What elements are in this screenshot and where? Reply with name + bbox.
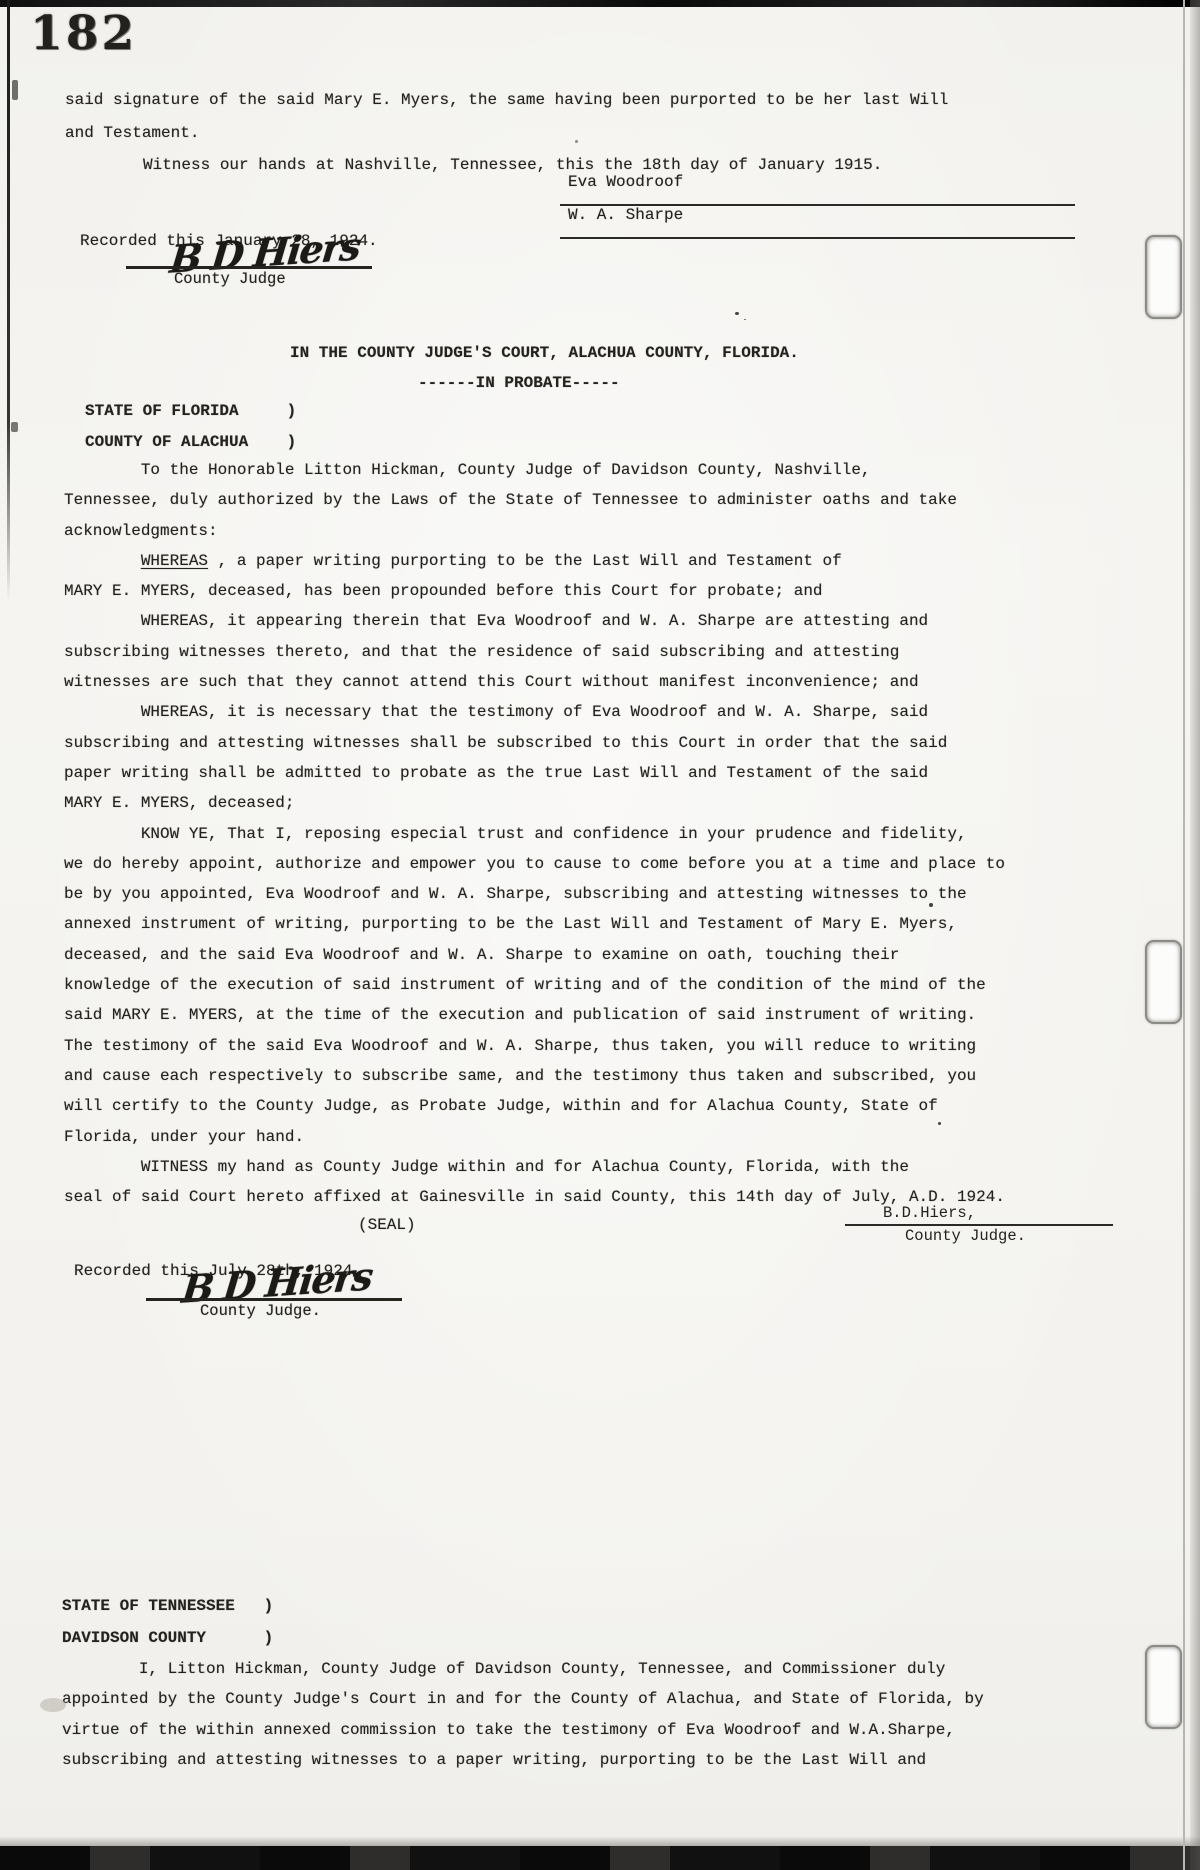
page-number: 182 (30, 6, 137, 61)
closing-line: appointed by the County Judge's Court in… (62, 1684, 984, 1714)
scan-speck (735, 312, 739, 315)
scan-edge-right-line (1183, 0, 1185, 1870)
body-line: The testimony of the said Eva Woodroof a… (64, 1031, 1005, 1061)
witness-signatures: Eva Woodroof W. A. Sharpe (560, 173, 1075, 239)
scan-edge-bottom (0, 1846, 1200, 1870)
text-line: and Testament. (65, 117, 948, 150)
body-line: WITNESS my hand as County Judge within a… (64, 1152, 1005, 1182)
body-line: KNOW YE, That I, reposing especial trust… (64, 819, 1005, 849)
judge-typed-title: County Judge. (845, 1226, 1113, 1246)
court-heading: IN THE COUNTY JUDGE'S COURT, ALACHUA COU… (290, 338, 799, 368)
closing-line: I, Litton Hickman, County Judge of David… (62, 1654, 984, 1684)
intro-paragraph: said signature of the said Mary E. Myers… (65, 84, 948, 150)
indent (64, 552, 141, 570)
scanned-document-page: 182 said signature of the said Mary E. M… (0, 0, 1200, 1870)
body-line: To the Honorable Litton Hickman, County … (64, 455, 1005, 485)
body-line: deceased, and the said Eva Woodroof and … (64, 940, 1005, 970)
body-line: knowledge of the execution of said instr… (64, 970, 1005, 1000)
scan-speck (575, 140, 578, 143)
scan-speck (938, 1122, 941, 1125)
venue-county-line: COUNTY OF ALACHUA ) (85, 427, 296, 458)
body-line: we do hereby appoint, authorize and empo… (64, 849, 1005, 879)
body-line: will certify to the County Judge, as Pro… (64, 1091, 1005, 1121)
venue-florida: STATE OF FLORIDA ) COUNTY OF ALACHUA ) (85, 396, 296, 458)
body-line-whereas: WHEREAS , a paper writing purporting to … (64, 546, 1005, 576)
body-line: WHEREAS, it appearing therein that Eva W… (64, 606, 1005, 636)
venue-county-line: DAVIDSON COUNTY ) (62, 1622, 273, 1654)
scan-speck (12, 80, 18, 100)
body-line: WHEREAS, it is necessary that the testim… (64, 697, 1005, 727)
body-line: paper writing shall be admitted to proba… (64, 758, 1005, 788)
scan-edge-bottom-fade (0, 1836, 1200, 1846)
signature-line-eva-woodroof: Eva Woodroof (560, 173, 1075, 206)
seal-label: (SEAL) (358, 1210, 416, 1240)
judge-typed-name: B.D.Hiers, (845, 1202, 1113, 1226)
body-line: Tennessee, duly authorized by the Laws o… (64, 485, 1005, 515)
body-line: MARY E. MYERS, deceased, has been propou… (64, 576, 1005, 606)
closing-line: virtue of the within annexed commission … (62, 1715, 984, 1745)
closing-paragraph: I, Litton Hickman, County Judge of David… (62, 1654, 984, 1775)
body-line: subscribing and attesting witnesses shal… (64, 728, 1005, 758)
text-line: said signature of the said Mary E. Myers… (65, 84, 948, 117)
venue-state-line: STATE OF TENNESSEE ) (62, 1590, 273, 1622)
commission-body: To the Honorable Litton Hickman, County … (64, 455, 1005, 1212)
closing-line: subscribing and attesting witnesses to a… (62, 1745, 984, 1775)
venue-state-line: STATE OF FLORIDA ) (85, 396, 296, 427)
body-line: be by you appointed, Eva Woodroof and W.… (64, 879, 1005, 909)
whereas-rest: , a paper writing purporting to be the L… (208, 552, 842, 570)
scan-edge-left (7, 0, 10, 600)
scan-speck (11, 422, 18, 432)
body-line: MARY E. MYERS, deceased; (64, 788, 1005, 818)
punch-hole (1145, 1645, 1182, 1729)
body-line: and cause each respectively to subscribe… (64, 1061, 1005, 1091)
body-line: Florida, under your hand. (64, 1122, 1005, 1152)
punch-hole (1145, 235, 1182, 319)
signature-line-wa-sharpe: W. A. Sharpe (560, 206, 1075, 239)
scan-edge-right-band (1190, 0, 1200, 1870)
county-judge-title: County Judge (126, 266, 372, 288)
seal-signature-block: B.D.Hiers, County Judge. (845, 1202, 1113, 1246)
probate-heading: ------IN PROBATE----- (418, 368, 620, 398)
body-line: subscribing witnesses thereto, and that … (64, 637, 1005, 667)
body-line: annexed instrument of writing, purportin… (64, 909, 1005, 939)
scan-speck (929, 903, 933, 907)
venue-tennessee: STATE OF TENNESSEE ) DAVIDSON COUNTY ) (62, 1590, 273, 1654)
body-line: witnesses are such that they cannot atte… (64, 667, 1005, 697)
county-judge-title: County Judge. (146, 1298, 402, 1320)
scan-smudge (40, 1698, 66, 1712)
scan-edge-top (0, 0, 1200, 7)
body-line: acknowledgments: (64, 516, 1005, 546)
body-line: said MARY E. MYERS, at the time of the e… (64, 1000, 1005, 1030)
whereas-word: WHEREAS (141, 552, 208, 570)
punch-hole (1145, 940, 1182, 1024)
